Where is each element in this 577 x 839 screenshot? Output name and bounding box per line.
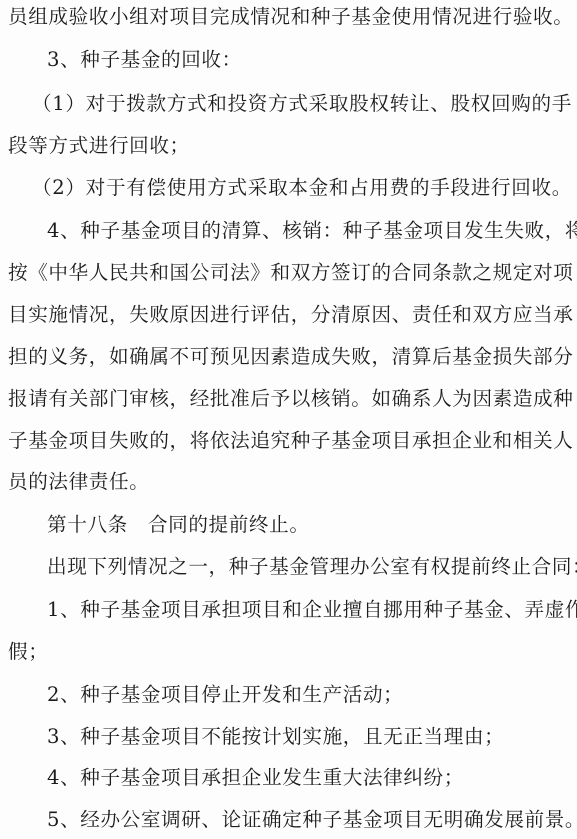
article-heading: 第十八条 合同的提前终止。 xyxy=(47,513,572,537)
text-line: 假； xyxy=(8,640,572,664)
list-item: 1、种子基金项目承担项目和企业擅自挪用种子基金、弄虚作 xyxy=(47,598,572,622)
text-line: 按《中华人民共和国公司法》和双方签订的合同条款之规定对项 xyxy=(8,261,572,285)
text-line: 子基金项目失败的，将依法追究种子基金项目承担企业和相关人 xyxy=(8,429,572,453)
text-line: 报请有关部门审核，经批准后予以核销。如确系人为因素造成种 xyxy=(8,387,572,411)
text-line: 段等方式进行回收； xyxy=(8,134,572,158)
text-line: 目实施情况，失败原因进行评估，分清原因、责任和双方应当承 xyxy=(8,303,572,327)
text-line: 员组成验收小组对项目完成情况和种子基金使用情况进行验收。 xyxy=(8,5,572,29)
text-line: 出现下列情况之一，种子基金管理办公室有权提前终止合同： xyxy=(47,555,572,579)
list-item: 4、种子基金项目承担企业发生重大法律纠纷； xyxy=(47,766,572,790)
text-line: （2）对于有偿使用方式采取本金和占用费的手段进行回收。 xyxy=(32,176,572,200)
document-page: 员组成验收小组对项目完成情况和种子基金使用情况进行验收。 3、种子基金的回收： … xyxy=(0,0,577,839)
list-item: 5、经办公室调研、论证确定种子基金项目无明确发展前景。 xyxy=(47,808,572,832)
list-item: 3、种子基金项目不能按计划实施，且无正当理由； xyxy=(47,725,572,749)
section-heading: 3、种子基金的回收： xyxy=(47,48,572,72)
list-item: 2、种子基金项目停止开发和生产活动； xyxy=(47,683,572,707)
section-heading: 4、种子基金项目的清算、核销：种子基金项目发生失败，将 xyxy=(47,219,572,243)
text-line: （1）对于拨款方式和投资方式采取股权转让、股权回购的手 xyxy=(32,92,572,116)
text-line: 担的义务，如确属不可预见因素造成失败，清算后基金损失部分 xyxy=(8,345,572,369)
text-line: 员的法律责任。 xyxy=(8,470,572,494)
